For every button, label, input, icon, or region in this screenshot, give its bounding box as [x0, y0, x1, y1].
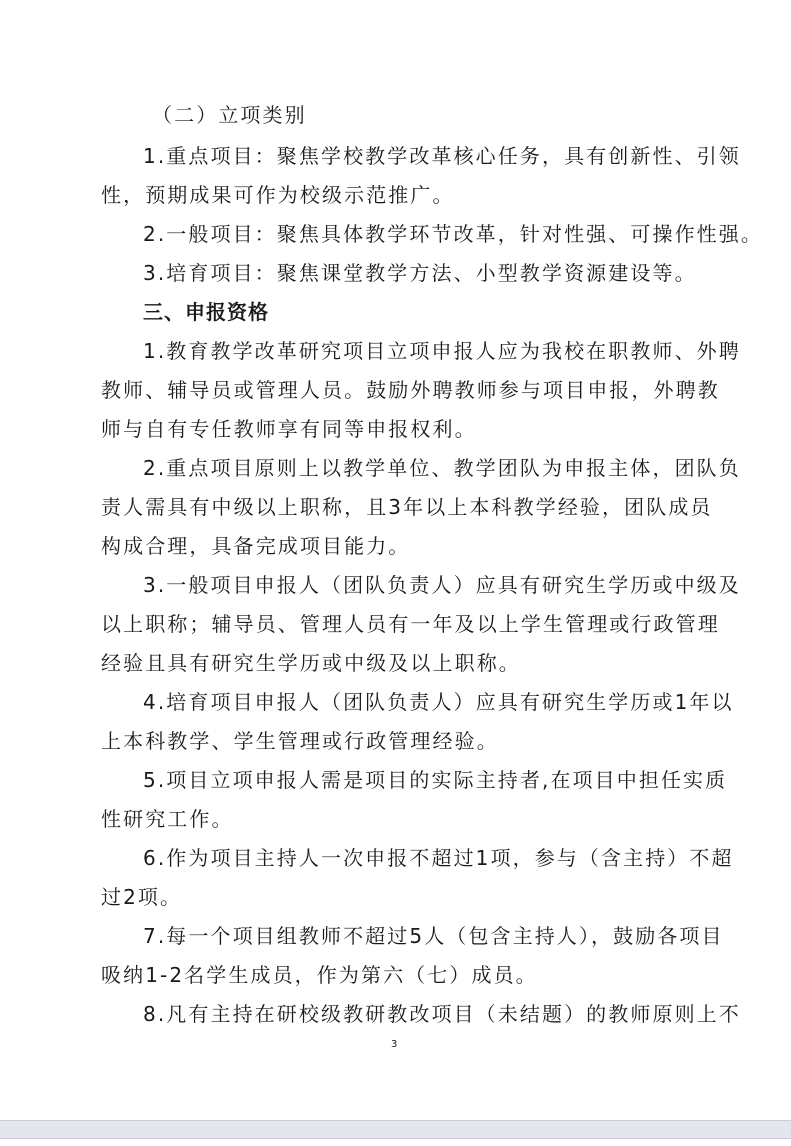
section-heading: 三、申报资格	[143, 299, 269, 325]
text-line: 构成合理，具备完成项目能力。	[101, 533, 410, 559]
text-line: 师与自有专任教师享有同等申报权利。	[101, 416, 477, 442]
text-line: 5.项目立项申报人需是项目的实际主持者,在项目中担任实质	[143, 767, 727, 793]
text-line: 2.一般项目：聚焦具体教学环节改革，针对性强、可操作性强。	[143, 221, 763, 247]
text-line: 上本科教学、学生管理或行政管理经验。	[101, 728, 499, 754]
text-line: 8.凡有主持在研校级教研教改项目（未结题）的教师原则上不	[143, 1001, 741, 1027]
horizontal-scrollbar-track[interactable]	[0, 1120, 791, 1139]
text-line: （二）立项类别	[152, 102, 307, 128]
text-line: 1.教育教学改革研究项目立项申报人应为我校在职教师、外聘	[143, 338, 741, 364]
text-line: 过2项。	[101, 884, 182, 910]
text-line: 责人需具有中级以上职称，且3年以上本科教学经验，团队成员	[101, 494, 713, 520]
text-line: 3.一般项目申报人（团队负责人）应具有研究生学历或中级及	[143, 572, 741, 598]
text-line: 4.培育项目申报人（团队负责人）应具有研究生学历或1年以	[143, 689, 734, 715]
page-number: 3	[391, 1039, 397, 1050]
document-page: （二）立项类别1.重点项目：聚焦学校教学改革核心任务，具有创新性、引领性，预期成…	[0, 0, 791, 1120]
text-line: 教师、辅导员或管理人员。鼓励外聘教师参与项目申报，外聘教	[101, 377, 720, 403]
text-line: 性研究工作。	[101, 806, 234, 832]
text-line: 2.重点项目原则上以教学单位、教学团队为申报主体，团队负	[143, 455, 741, 481]
text-line: 性，预期成果可作为校级示范推广。	[101, 182, 455, 208]
text-line: 以上职称；辅导员、管理人员有一年及以上学生管理或行政管理	[101, 611, 720, 637]
text-line: 7.每一个项目组教师不超过5人（包含主持人），鼓励各项目	[143, 923, 724, 949]
text-line: 6.作为项目主持人一次申报不超过1项，参与（含主持）不超	[143, 845, 734, 871]
text-line: 1.重点项目：聚焦学校教学改革核心任务，具有创新性、引领	[143, 143, 741, 169]
text-line: 经验且具有研究生学历或中级及以上职称。	[101, 650, 521, 676]
text-line: 吸纳1-2名学生成员，作为第六（七）成员。	[101, 962, 538, 988]
text-line: 3.培育项目：聚焦课堂教学方法、小型教学资源建设等。	[143, 260, 697, 286]
